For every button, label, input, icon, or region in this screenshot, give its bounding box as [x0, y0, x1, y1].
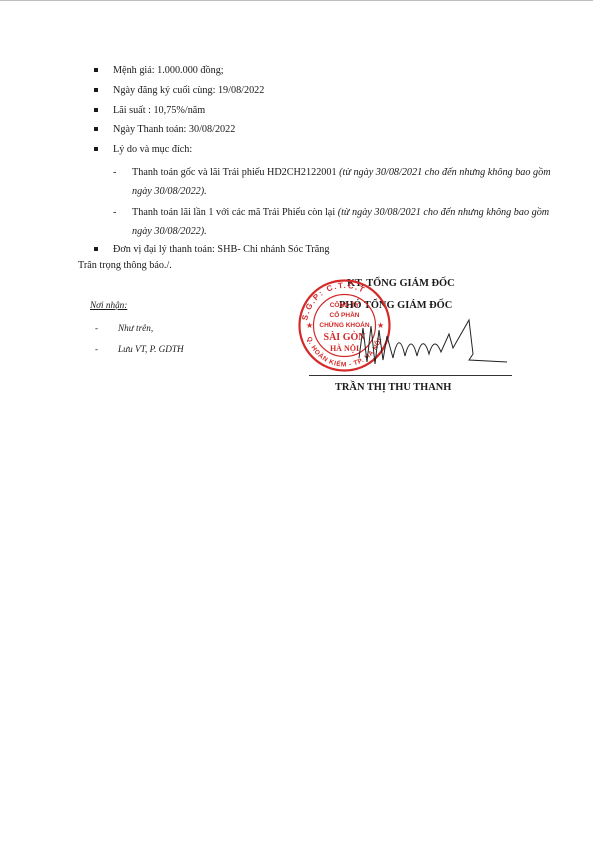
- svg-text:HÀ NỘI: HÀ NỘI: [330, 343, 359, 353]
- square-bullet-icon: [94, 108, 98, 112]
- list-item: Lý do và mục đích:: [92, 143, 552, 163]
- recipient-text: Lưu VT, P. GDTH: [118, 344, 184, 354]
- item-text: Ngày Thanh toán: 30/08/2022: [113, 124, 235, 135]
- recipients-title: Nơi nhận:: [90, 300, 184, 310]
- dash-bullet-icon: -: [95, 318, 98, 339]
- item-text: Lý do và mục đích:: [113, 144, 192, 155]
- recipient-item: -Như trên,: [90, 318, 184, 339]
- list-item: Lãi suất : 10,75%/năm: [92, 104, 552, 124]
- svg-text:CỔ PHẦN: CỔ PHẦN: [330, 309, 360, 319]
- recipient-text: Như trên,: [118, 323, 153, 333]
- svg-text:CÔNG TY: CÔNG TY: [330, 300, 360, 309]
- purpose-text: Thanh toán gốc và lãi Trái phiếu HD2CH21…: [132, 167, 339, 178]
- recipient-item: -Lưu VT, P. GDTH: [90, 339, 184, 360]
- details-list: Mệnh giá: 1.000.000 đồng; Ngày đăng ký c…: [92, 64, 552, 263]
- item-text: Ngày đăng ký cuối cùng: 19/08/2022: [113, 85, 264, 96]
- square-bullet-icon: [94, 147, 98, 151]
- list-item: Ngày Thanh toán: 30/08/2022: [92, 123, 552, 143]
- signature-underline: [309, 375, 512, 376]
- closing-text: Trân trọng thông báo./.: [78, 260, 172, 271]
- item-text: Mệnh giá: 1.000.000 đồng;: [113, 65, 224, 76]
- purpose-list: -Thanh toán gốc và lãi Trái phiếu HD2CH2…: [92, 163, 552, 241]
- dash-bullet-icon: -: [113, 203, 116, 222]
- purpose-text: Thanh toán lãi lần 1 với các mã Trái Phi…: [132, 207, 338, 218]
- handwritten-signature-icon: [357, 318, 517, 378]
- list-item: Mệnh giá: 1.000.000 đồng;: [92, 64, 552, 84]
- document-page: Mệnh giá: 1.000.000 đồng; Ngày đăng ký c…: [0, 0, 593, 842]
- square-bullet-icon: [94, 68, 98, 72]
- signer-name: TRẦN THỊ THU THANH: [335, 382, 451, 393]
- item-text: Đơn vị đại lý thanh toán: SHB- Chi nhánh…: [113, 244, 330, 255]
- dash-bullet-icon: -: [95, 339, 98, 360]
- recipients-block: Nơi nhận: -Như trên, -Lưu VT, P. GDTH: [90, 300, 184, 360]
- dash-bullet-icon: -: [113, 163, 116, 182]
- item-text: Lãi suất : 10,75%/năm: [113, 105, 205, 116]
- square-bullet-icon: [94, 127, 98, 131]
- square-bullet-icon: [94, 88, 98, 92]
- svg-text:★: ★: [306, 321, 313, 330]
- signature-block: KT. TỔNG GIÁM ĐỐC PHÓ TỔNG GIÁM ĐỐC S.G.…: [297, 278, 527, 398]
- purpose-item: -Thanh toán lãi lần 1 với các mã Trái Ph…: [92, 203, 552, 241]
- list-item: Ngày đăng ký cuối cùng: 19/08/2022: [92, 84, 552, 104]
- square-bullet-icon: [94, 247, 98, 251]
- purpose-item: -Thanh toán gốc và lãi Trái phiếu HD2CH2…: [92, 163, 552, 201]
